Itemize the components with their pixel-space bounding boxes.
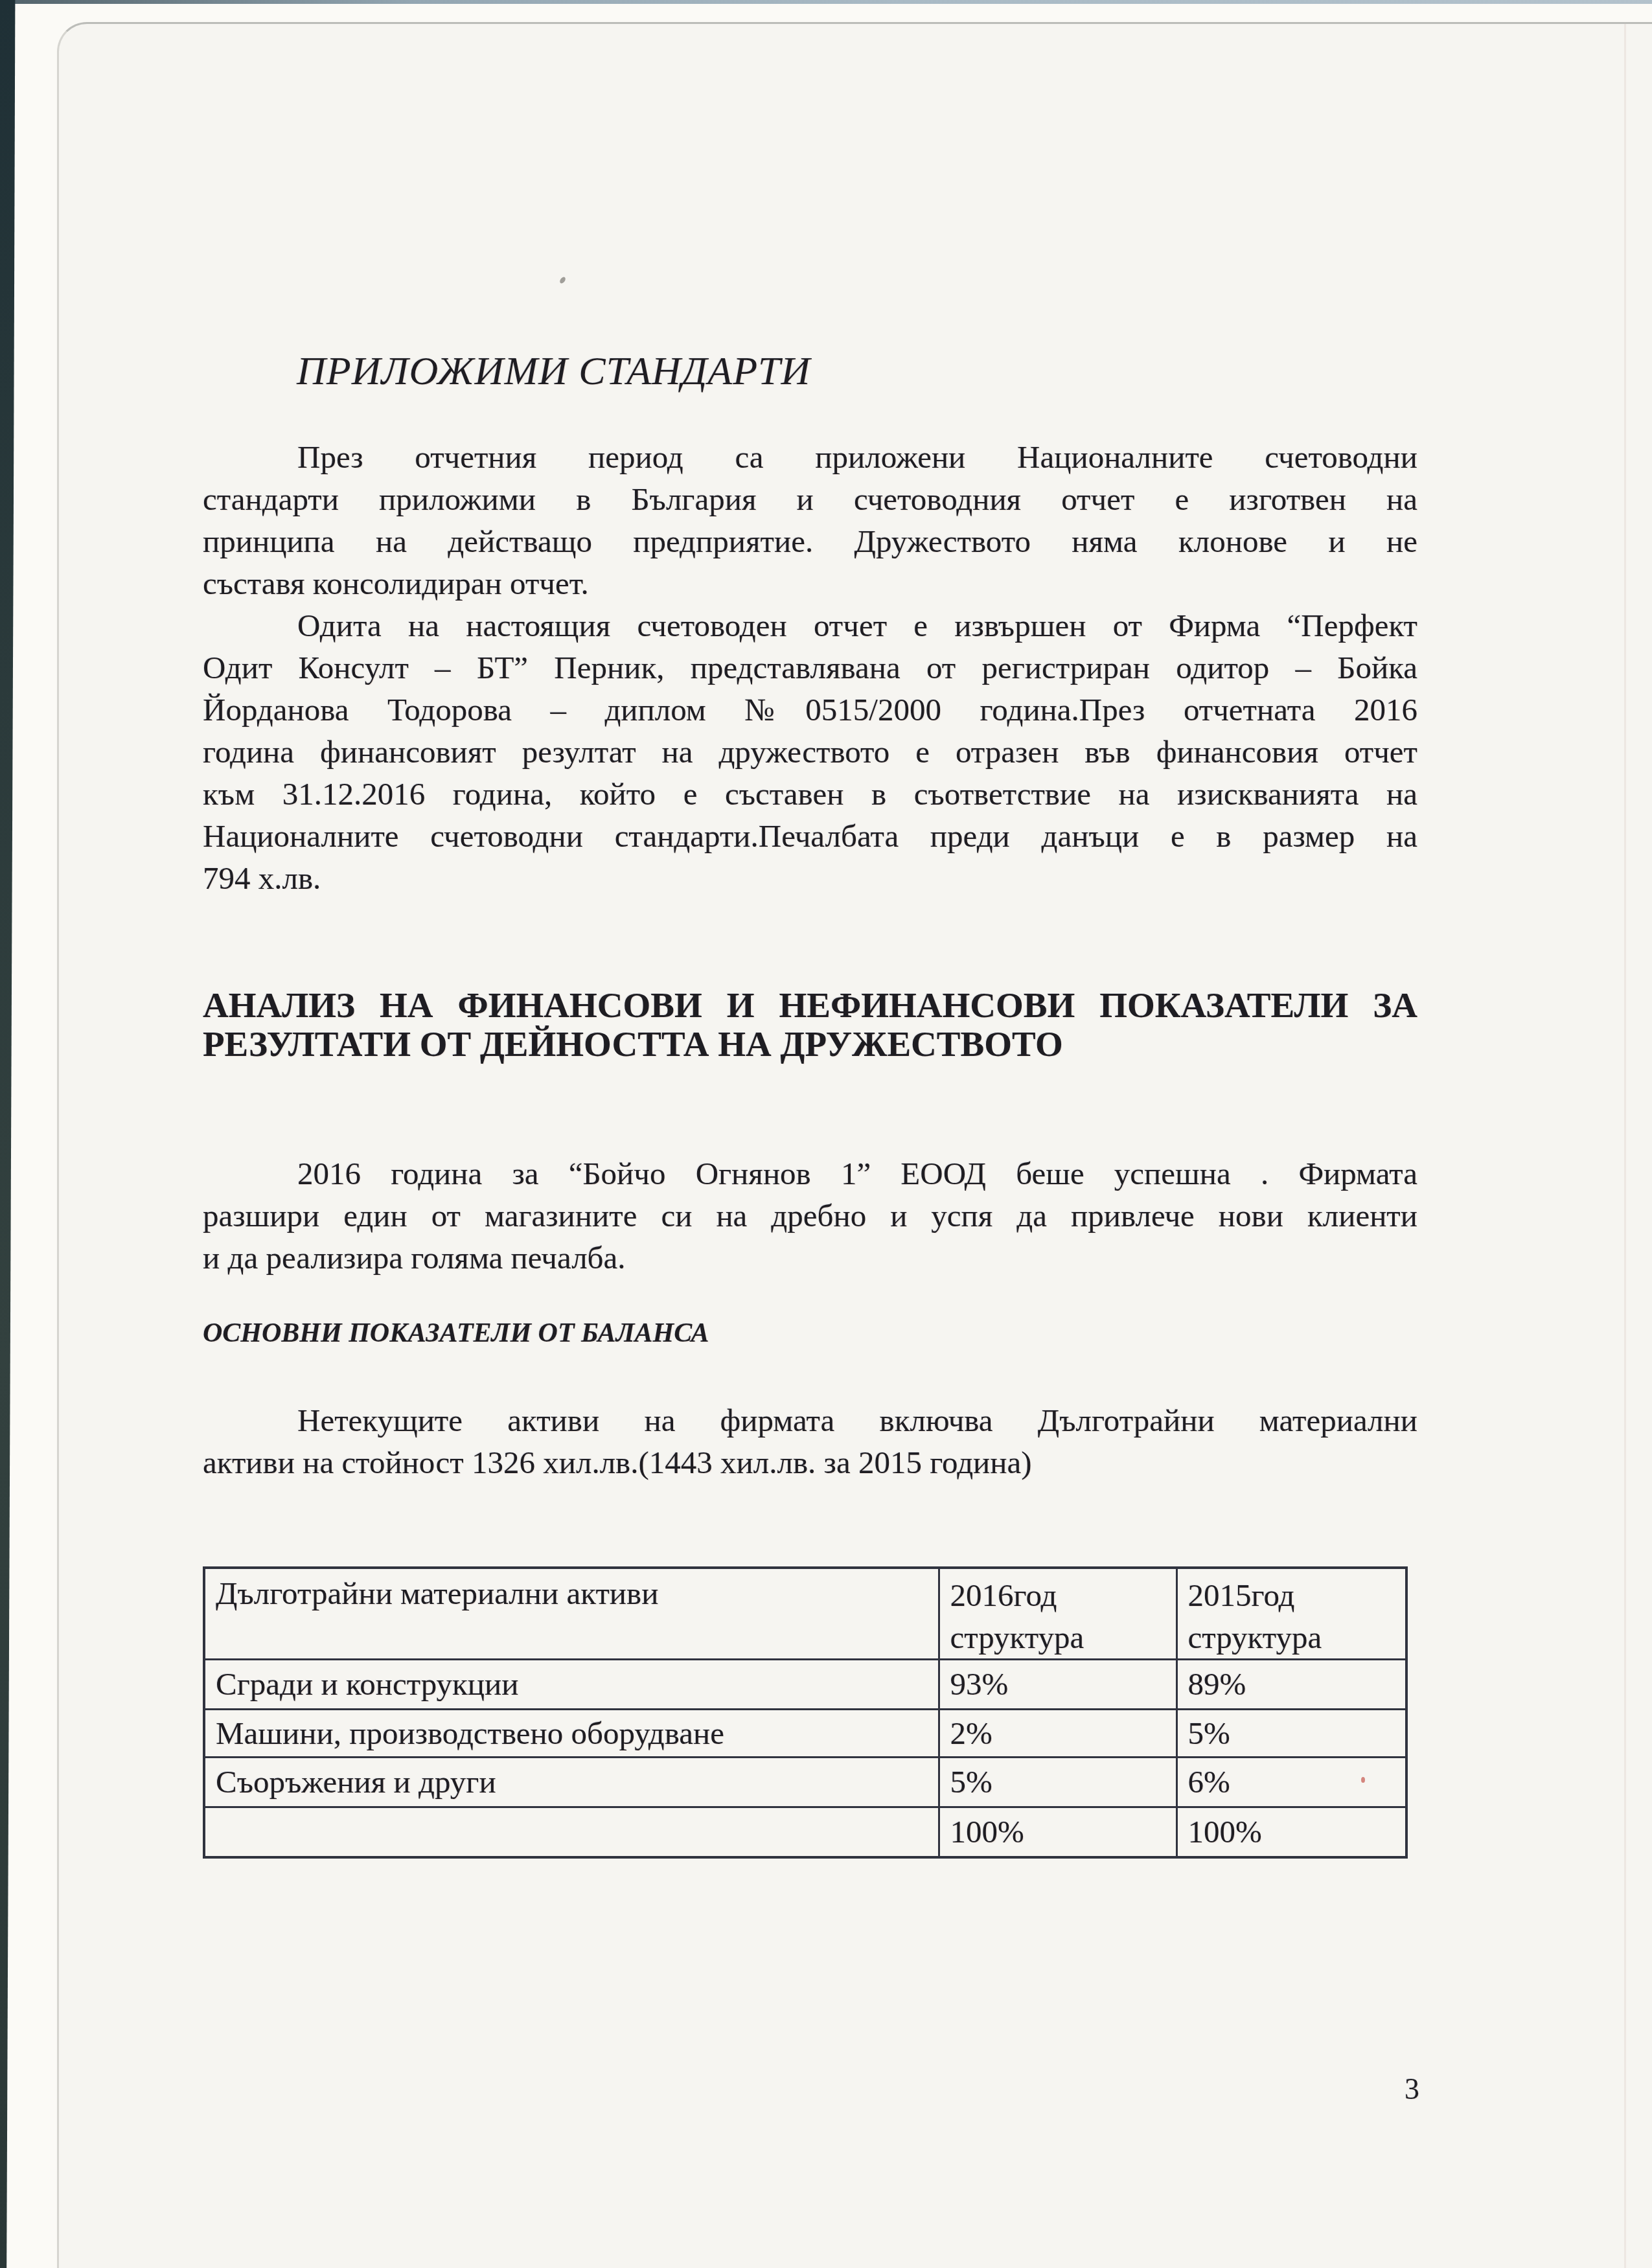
document-page: ПРИЛОЖИМИ СТАНДАРТИ През отчетния период… — [57, 22, 1652, 2268]
assets-structure-table: Дълготрайни материални активи 2016год ст… — [203, 1566, 1408, 1859]
paragraph-year-summary: 2016 година за “Бойчо Огнянов 1” ЕООД бе… — [203, 1152, 1417, 1279]
text-line: Националните счетоводни стандарти.Печалб… — [203, 815, 1417, 857]
text-line: Одита на настоящия счетоводен отчет е из… — [203, 604, 1417, 647]
text-line: Одит Консулт – БТ” Перник, представляван… — [203, 647, 1417, 689]
paragraph-audit: Одита на настоящия счетоводен отчет е из… — [203, 604, 1417, 899]
value-2016: 5% — [939, 1758, 1176, 1807]
text-line: принципа на действащо предприятие. Друже… — [203, 520, 1417, 562]
value-2016: 93% — [939, 1660, 1176, 1710]
paragraph-standards: През отчетния период са приложени Национ… — [203, 436, 1417, 604]
scanner-edge-shadow — [0, 0, 19, 2268]
text-line: 2016 година за “Бойчо Огнянов 1” ЕООД бе… — [203, 1152, 1417, 1195]
scanned-document: ПРИЛОЖИМИ СТАНДАРТИ През отчетния период… — [0, 0, 1652, 2268]
table-header-2016: 2016год структура — [939, 1568, 1176, 1660]
paragraph-noncurrent-assets: Нетекущите активи на фирмата включва Дъл… — [203, 1399, 1417, 1483]
year-2015-label: 2015год — [1188, 1574, 1402, 1616]
year-2016-label: 2016год — [950, 1574, 1172, 1616]
table-header-2015: 2015год структура — [1176, 1568, 1406, 1660]
page-number: 3 — [1405, 2072, 1419, 2106]
value-2016: 2% — [939, 1710, 1176, 1758]
table-row-buildings: Сгради и конструкции 93% 89% — [204, 1660, 1406, 1710]
value-2015: 89% — [1176, 1660, 1406, 1710]
scan-speck — [558, 276, 566, 284]
text-line: 794 х.лв. — [203, 857, 1417, 899]
value-2015: 5% — [1176, 1710, 1406, 1758]
table-row-total: 100% 100% — [204, 1807, 1406, 1857]
text-line: стандарти приложими в България и счетово… — [203, 478, 1417, 520]
structure-label: структура — [1188, 1616, 1402, 1658]
structure-label: структура — [950, 1616, 1172, 1658]
table-header-row: Дълготрайни материални активи 2016год ст… — [204, 1568, 1406, 1660]
table-header-assets: Дълготрайни материални активи — [204, 1568, 939, 1660]
text-line: активи на стойност 1326 хил.лв.(1443 хил… — [203, 1441, 1417, 1483]
text-line: Нетекущите активи на фирмата включва Дъл… — [203, 1399, 1417, 1441]
analysis-heading: АНАЛИЗ НА ФИНАНСОВИ И НЕФИНАНСОВИ ПОКАЗА… — [203, 986, 1417, 1064]
text-line: Йорданова Тодорова – диплом №0515/2000 г… — [203, 689, 1417, 731]
value-2015: 100% — [1176, 1807, 1406, 1857]
text-line: разшири един от магазините си на дребно … — [203, 1195, 1417, 1237]
row-label: Сгради и конструкции — [204, 1660, 939, 1710]
row-label: Съоръжения и други — [204, 1758, 939, 1807]
text-line: РЕЗУЛТАТИ ОТ ДЕЙНОСТТА НА ДРУЖЕСТВОТО — [203, 1025, 1417, 1064]
table-row-facilities: Съоръжения и други 5% 6% — [204, 1758, 1406, 1807]
text-line: към 31.12.2016 година, който е съставен … — [203, 773, 1417, 815]
value-2015: 6% — [1176, 1758, 1406, 1807]
text-line: година финансовият резултат на дружество… — [203, 731, 1417, 773]
section-title: ПРИЛОЖИМИ СТАНДАРТИ — [297, 349, 810, 394]
text-line: През отчетния период са приложени Национ… — [203, 436, 1417, 478]
value-2016: 100% — [939, 1807, 1176, 1857]
standards-and-audit-paragraphs: През отчетния период са приложени Национ… — [203, 436, 1417, 899]
text-line: АНАЛИЗ НА ФИНАНСОВИ И НЕФИНАНСОВИ ПОКАЗА… — [203, 986, 1417, 1025]
text-line: и да реализира голяма печалба. — [203, 1237, 1417, 1279]
text-line: съставя консолидиран отчет. — [203, 562, 1417, 604]
row-label — [204, 1807, 939, 1857]
table-row-machines: Машини, производствено оборудване 2% 5% — [204, 1710, 1406, 1758]
balance-subheading: ОСНОВНИ ПОКАЗАТЕЛИ ОТ БАЛАНСА — [203, 1317, 709, 1349]
scanner-top-edge — [0, 0, 1652, 4]
row-label: Машини, производствено оборудване — [204, 1710, 939, 1758]
